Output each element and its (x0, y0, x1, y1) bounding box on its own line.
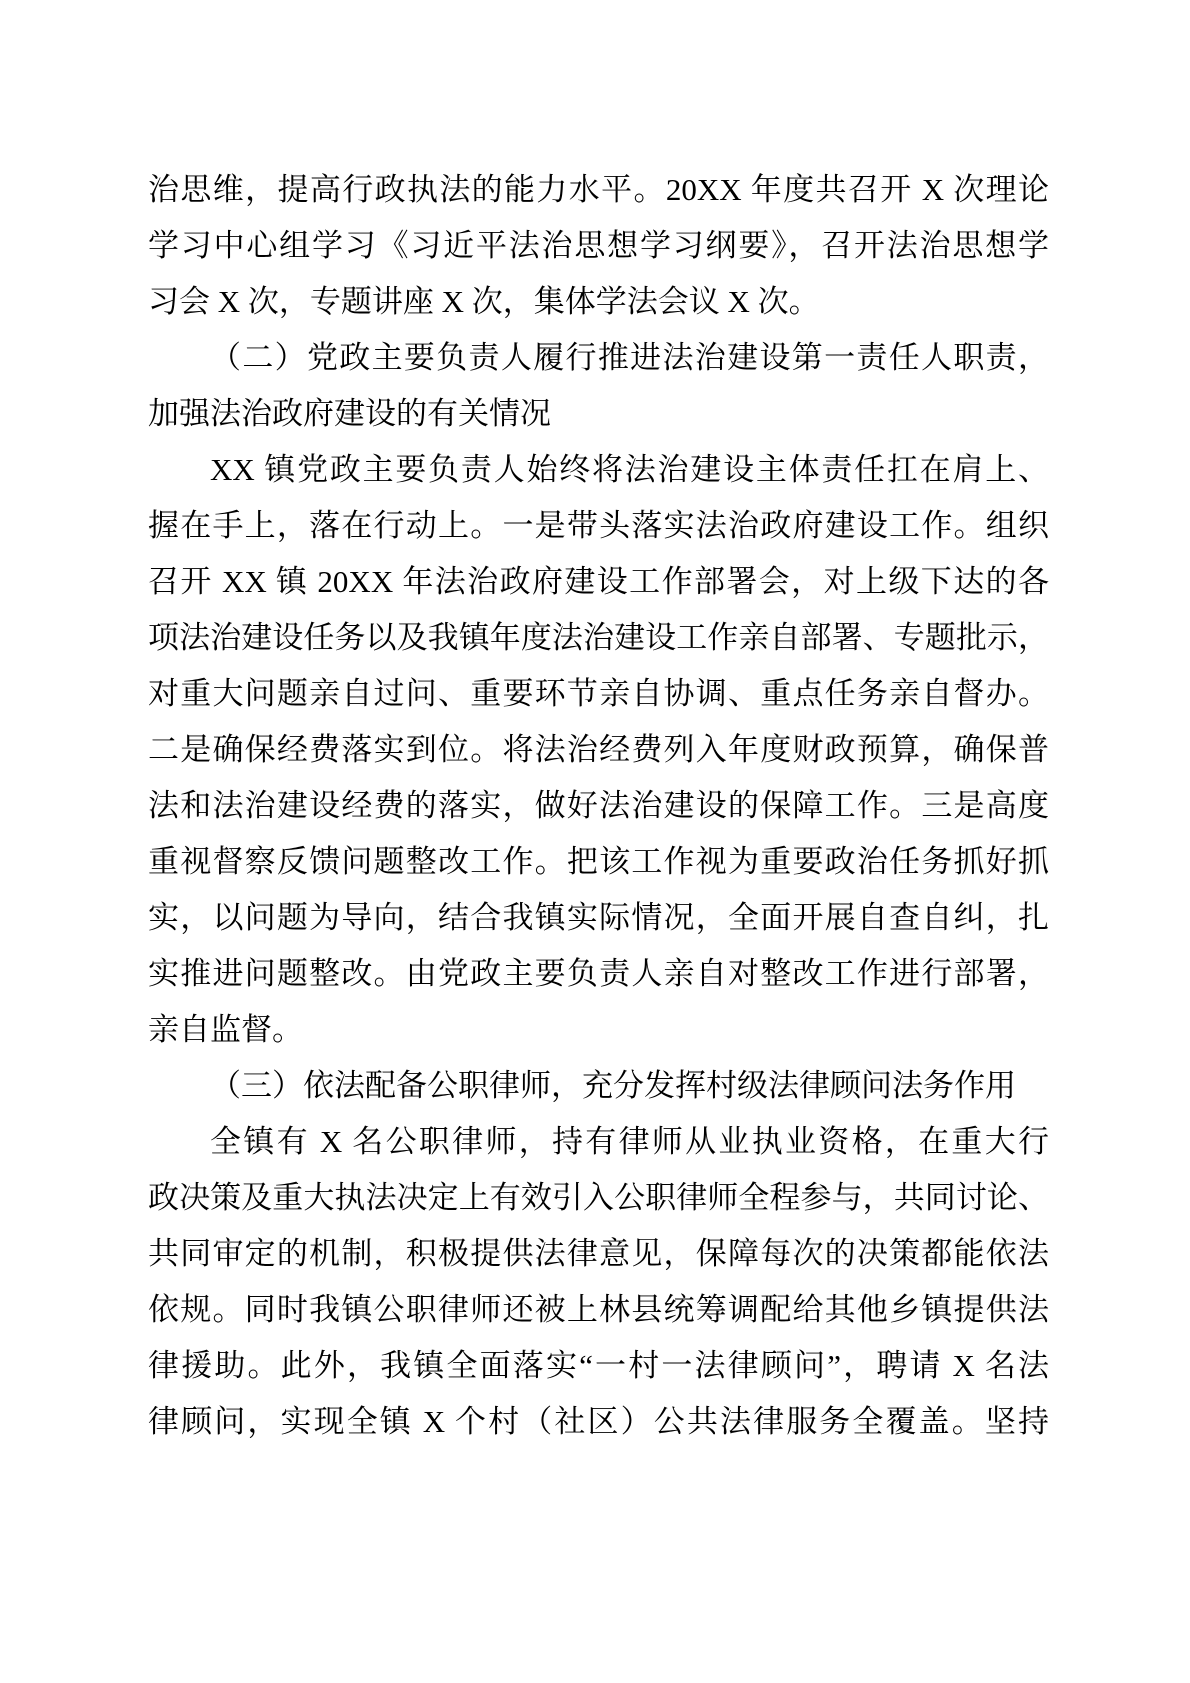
paragraph-line: 共同审定的机制，积极提供法律意见，保障每次的决策都能依法 (148, 1226, 1049, 1282)
paragraph-line: 律顾问，实现全镇 X 个村（社区）公共法律服务全覆盖。坚持 (148, 1394, 1049, 1450)
paragraph-line: 重视督察反馈问题整改工作。把该工作视为重要政治任务抓好抓 (148, 834, 1049, 890)
paragraph-line: 治思维，提高行政执法的能力水平。20XX 年度共召开 X 次理论 (148, 162, 1049, 218)
paragraph-line: 全镇有 X 名公职律师，持有律师从业执业资格，在重大行 (148, 1114, 1049, 1170)
paragraph-line: 依规。同时我镇公职律师还被上林县统筹调配给其他乡镇提供法 (148, 1282, 1049, 1338)
paragraph-line: 习会 X 次，专题讲座 X 次，集体学法会议 X 次。 (148, 274, 1049, 330)
section-heading-2-line: 加强法治政府建设的有关情况 (148, 386, 1049, 442)
section-heading-3-line: （三）依法配备公职律师，充分发挥村级法律顾问法务作用 (148, 1058, 1049, 1114)
paragraph-line: 法和法治建设经费的落实，做好法治建设的保障工作。三是高度 (148, 778, 1049, 834)
paragraph-line: 对重大问题亲自过问、重要环节亲自协调、重点任务亲自督办。 (148, 666, 1049, 722)
document-text-block: 治思维，提高行政执法的能力水平。20XX 年度共召开 X 次理论 学习中心组学习… (148, 162, 1049, 1450)
document-page: 治思维，提高行政执法的能力水平。20XX 年度共召开 X 次理论 学习中心组学习… (0, 0, 1190, 1683)
paragraph-line: 实，以问题为导向，结合我镇实际情况，全面开展自查自纠，扎 (148, 890, 1049, 946)
paragraph-line: 实推进问题整改。由党政主要负责人亲自对整改工作进行部署， (148, 946, 1049, 1002)
section-heading-2-line: （二）党政主要负责人履行推进法治建设第一责任人职责， (148, 330, 1049, 386)
paragraph-line: 握在手上，落在行动上。一是带头落实法治政府建设工作。组织 (148, 498, 1049, 554)
paragraph-line: 律援助。此外，我镇全面落实“一村一法律顾问”，聘请 X 名法 (148, 1338, 1049, 1394)
paragraph-line: 学习中心组学习《习近平法治思想学习纲要》，召开法治思想学 (148, 218, 1049, 274)
paragraph-line: XX 镇党政主要负责人始终将法治建设主体责任扛在肩上、 (148, 442, 1049, 498)
paragraph-line: 亲自监督。 (148, 1002, 1049, 1058)
paragraph-line: 二是确保经费落实到位。将法治经费列入年度财政预算，确保普 (148, 722, 1049, 778)
paragraph-line: 召开 XX 镇 20XX 年法治政府建设工作部署会，对上级下达的各 (148, 554, 1049, 610)
paragraph-line: 项法治建设任务以及我镇年度法治建设工作亲自部署、专题批示， (148, 610, 1049, 666)
paragraph-line: 政决策及重大执法决定上有效引入公职律师全程参与，共同讨论、 (148, 1170, 1049, 1226)
